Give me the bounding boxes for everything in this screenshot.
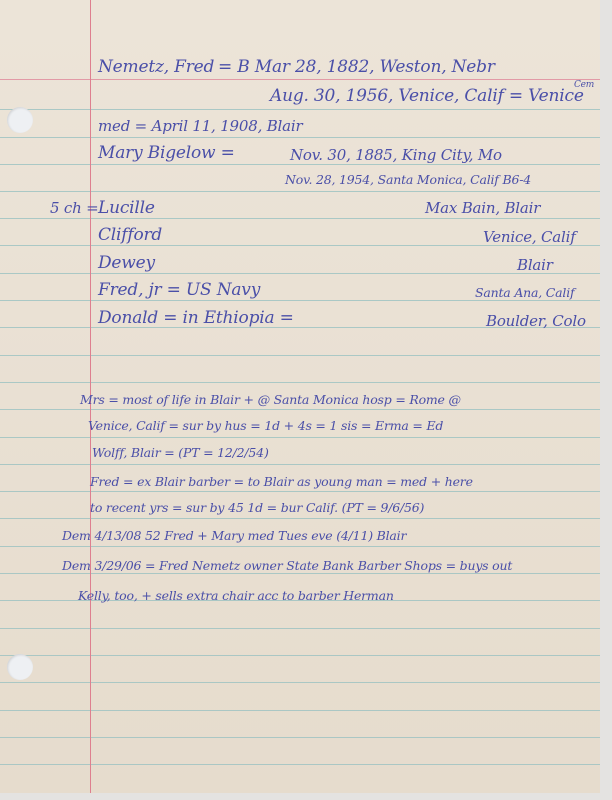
note-line: Venice, Calif = sur by hus = 1d + 4s = 1… xyxy=(88,418,443,433)
marriage-info: med = April 11, 1908, Blair xyxy=(98,117,302,135)
note-line: Dem 3/29/06 = Fred Nemetz owner State Ba… xyxy=(62,558,512,573)
note-line: to recent yrs = sur by 45 1d = bur Calif… xyxy=(90,500,424,515)
spouse-name: Mary Bigelow = xyxy=(98,143,235,163)
child-name: Lucille xyxy=(98,198,155,218)
children-label: 5 ch = xyxy=(50,199,99,217)
notebook-page: Nemetz, Fred = B Mar 28, 1882, Weston, N… xyxy=(0,0,600,793)
note-line: Dem 4/13/08 52 Fred + Mary med Tues eve … xyxy=(62,528,406,543)
note-line: Fred = ex Blair barber = to Blair as you… xyxy=(90,474,473,489)
spouse-birth: Nov. 30, 1885, King City, Mo xyxy=(290,146,502,164)
child-place: Venice, Calif xyxy=(483,228,576,246)
note-line: Wolff, Blair = (PT = 12/2/54) xyxy=(92,445,269,460)
note-line: Kelly, too, + sells extra chair acc to b… xyxy=(78,588,394,603)
death-note: Cem xyxy=(574,80,594,90)
person-name: Nemetz, Fred xyxy=(98,57,214,77)
punch-hole-top xyxy=(7,107,33,133)
child-name: Clifford xyxy=(98,225,162,245)
spouse-death: Nov. 28, 1954, Santa Monica, Calif B6-4 xyxy=(285,172,531,187)
child-place: Max Bain, Blair xyxy=(425,199,540,217)
child-place: Boulder, Colo xyxy=(486,312,586,330)
note-line: Mrs = most of life in Blair + @ Santa Mo… xyxy=(80,392,461,407)
child-place: Santa Ana, Calif xyxy=(475,285,574,300)
child-name: Donald = in Ethiopia = xyxy=(98,308,294,328)
child-name: Fred, jr = US Navy xyxy=(98,280,260,300)
death-info: Aug. 30, 1956, Venice, Calif = Venice xyxy=(270,86,584,106)
child-place: Blair xyxy=(517,256,553,274)
birth-info: = B Mar 28, 1882, Weston, Nebr xyxy=(218,57,495,77)
punch-hole-bottom xyxy=(7,654,33,680)
child-name: Dewey xyxy=(98,253,155,273)
